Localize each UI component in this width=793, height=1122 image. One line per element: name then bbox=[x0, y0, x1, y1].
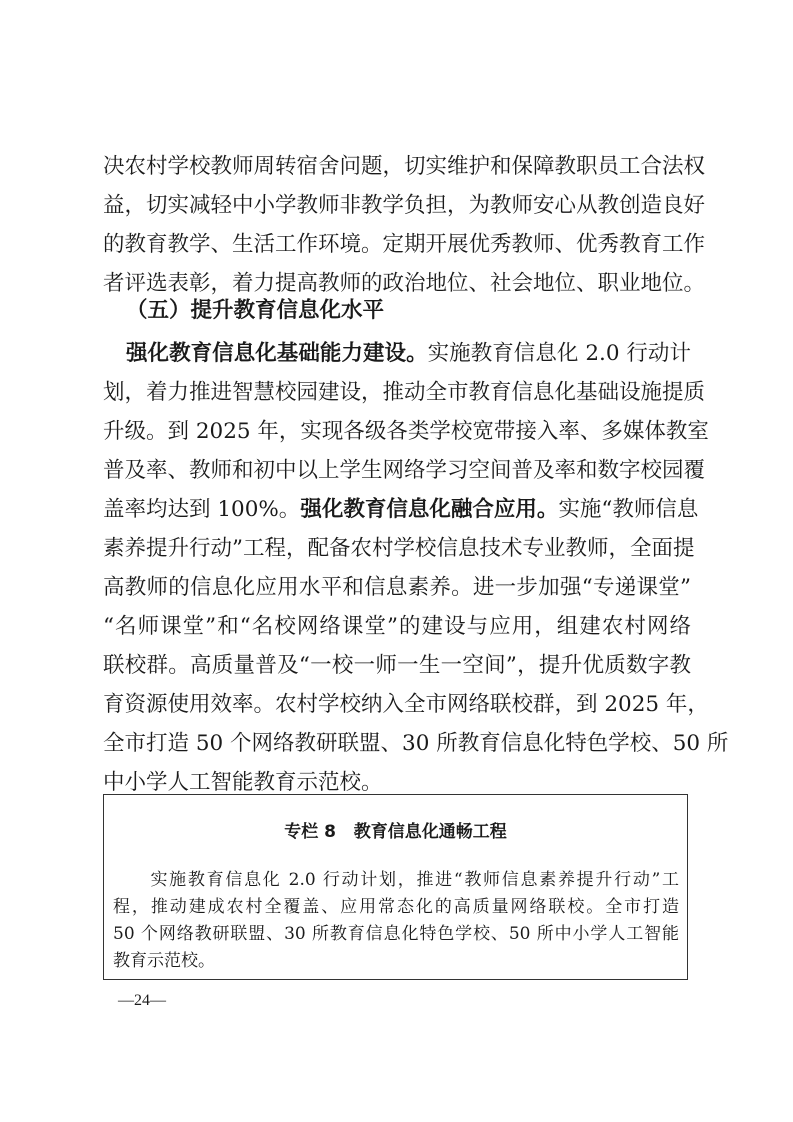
box-line: 教育示范校。 bbox=[113, 950, 679, 972]
box-line: 50 个网络教研联盟、30 所教育信息化特色学校、50 所中小学人工智能 bbox=[113, 923, 679, 945]
paragraph-line: 普及率、教师和初中以上学生网络学习空间普及率和数字校园覆 bbox=[103, 458, 691, 484]
paragraph-line: 的教育教学、生活工作环境。定期开展优秀教师、优秀教育工作 bbox=[103, 232, 691, 258]
bold-lead: 强化教育信息化融合应用。 bbox=[300, 497, 558, 522]
bold-lead: 强化教育信息化基础能力建设。 bbox=[126, 341, 428, 366]
paragraph-line: 者评选表彰，着力提高教师的政治地位、社会地位、职业地位。 bbox=[103, 271, 691, 297]
paragraph-line: 盖率均达到 100%。强化教育信息化融合应用。实施“教师信息 bbox=[103, 497, 691, 523]
box-title: 专栏 8 教育信息化通畅工程 bbox=[104, 817, 687, 842]
paragraph-line: 强化教育信息化基础能力建设。实施教育信息化 2.0 行动计 bbox=[126, 341, 691, 367]
section-heading: （五）提升教育信息化水平 bbox=[126, 298, 384, 324]
paragraph-line: 育资源使用效率。农村学校纳入全市网络联校群，到 2025 年， bbox=[103, 692, 691, 718]
paragraph-line: 高教师的信息化应用水平和信息素养。进一步加强“专递课堂” bbox=[103, 575, 691, 601]
paragraph-line: 全市打造 50 个网络教研联盟、30 所教育信息化特色学校、50 所 bbox=[103, 731, 691, 757]
paragraph-line: 益，切实减轻中小学教师非教学负担，为教师安心从教创造良好 bbox=[103, 193, 691, 219]
box-line: 实施教育信息化 2.0 行动计划，推进“教师信息素养提升行动”工 bbox=[113, 869, 679, 891]
text-run: 实施教育信息化 2.0 行动计 bbox=[428, 341, 691, 366]
paragraph-line: 升级。到 2025 年，实现各级各类学校宽带接入率、多媒体教室 bbox=[103, 419, 691, 445]
text-run: 实施“教师信息 bbox=[558, 497, 698, 522]
page-number: —24— bbox=[118, 992, 166, 1010]
paragraph-line: 划，着力推进智慧校园建设，推动全市教育信息化基础设施提质 bbox=[103, 380, 691, 406]
paragraph-line: 联校群。高质量普及“一校一师一生一空间”，提升优质数字教 bbox=[103, 653, 691, 679]
paragraph-line: “名师课堂”和“名校网络课堂”的建设与应用，组建农村网络 bbox=[103, 614, 691, 640]
paragraph-line: 决农村学校教师周转宿舍问题，切实维护和保障教职员工合法权 bbox=[103, 154, 691, 180]
document-page: 决农村学校教师周转宿舍问题，切实维护和保障教职员工合法权 益，切实减轻中小学教师… bbox=[0, 0, 793, 1122]
text-run: 盖率均达到 100%。 bbox=[103, 497, 300, 522]
box-line: 程，推动建成农村全覆盖、应用常态化的高质量网络联校。全市打造 bbox=[113, 896, 679, 918]
paragraph-line: 素养提升行动”工程，配备农村学校信息技术专业教师，全面提 bbox=[103, 536, 691, 562]
special-column-box: 专栏 8 教育信息化通畅工程 实施教育信息化 2.0 行动计划，推进“教师信息素… bbox=[103, 794, 688, 980]
paragraph-line: 中小学人工智能教育示范校。 bbox=[103, 770, 691, 796]
